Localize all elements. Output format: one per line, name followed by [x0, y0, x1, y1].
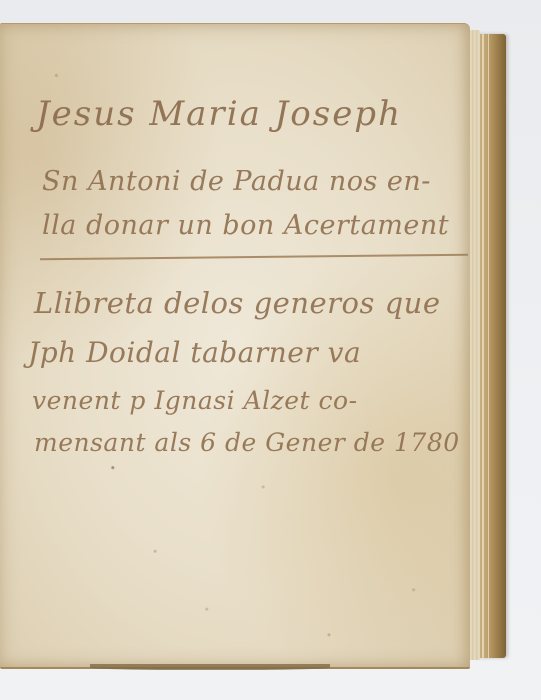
photo-scene: Jesus Maria Joseph Sn Antoni de Padua no… [0, 0, 541, 700]
invocation-line-2: Sn Antoni de Padua nos en- [42, 166, 431, 197]
invocation-heading: Jesus Maria Joseph [36, 94, 402, 134]
body-line-1: Llibreta delos generos que [34, 286, 441, 320]
page-bottom-edge [90, 664, 330, 670]
divider-rule [40, 254, 468, 260]
body-line-3: venent p Ignasi Alzet co- [32, 386, 358, 415]
body-line-2: Jph Doidal tabarner va [28, 336, 361, 369]
body-line-4: mensant als 6 de Gener de 1780 [34, 428, 460, 457]
invocation-line-3: lla donar un bon Acertament [42, 210, 449, 241]
manuscript-page: Jesus Maria Joseph Sn Antoni de Padua no… [0, 23, 470, 669]
book-binding [476, 34, 506, 658]
